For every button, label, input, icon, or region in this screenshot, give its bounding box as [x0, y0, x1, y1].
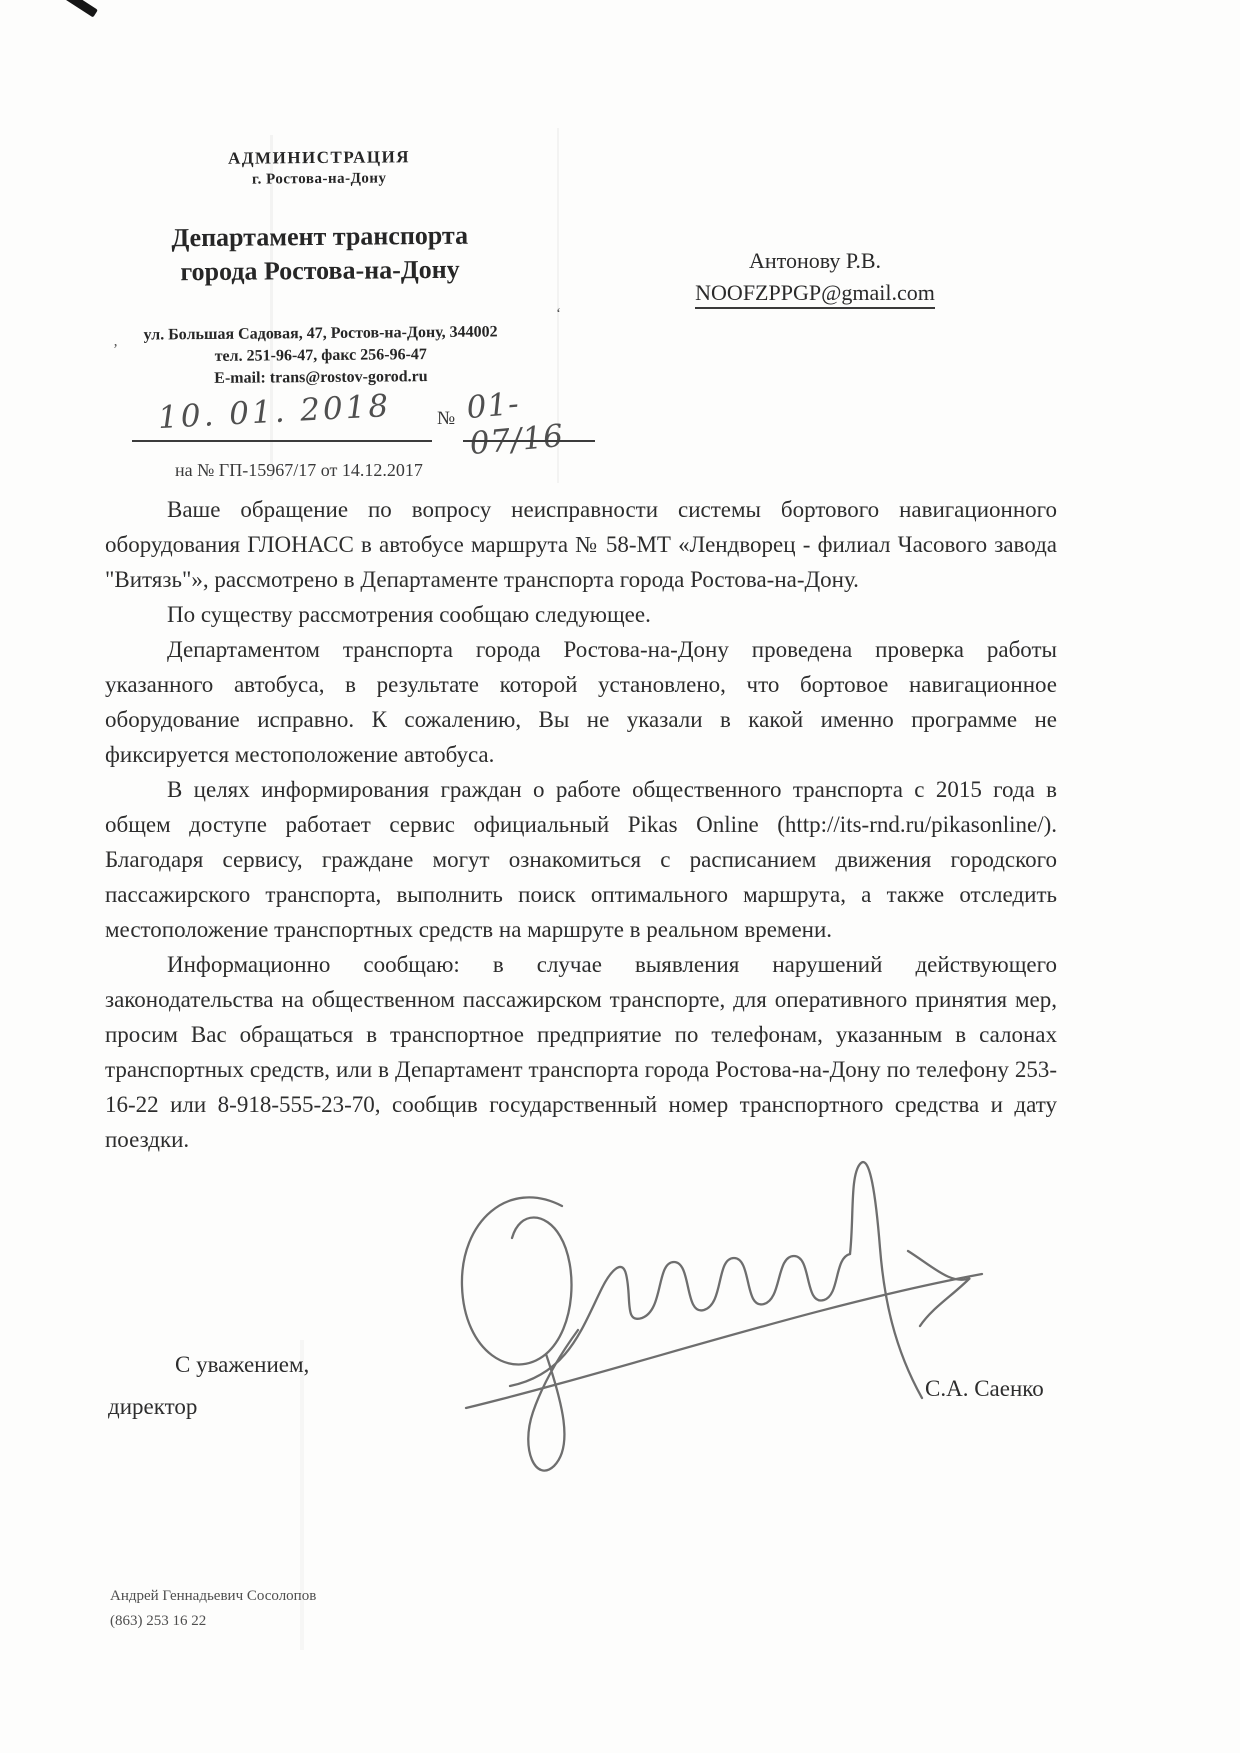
letter-body: Ваше обращение по вопросу неисправности …	[105, 492, 1057, 1157]
letterhead-address: ул. Большая Садовая, 47, Ростов-на-Дону,…	[111, 323, 531, 345]
scan-corner-artifact	[46, 0, 98, 18]
letterhead-email: E-mail: trans@rostov-gorod.ru	[111, 367, 531, 389]
date-underline	[132, 440, 432, 442]
letterhead-phone-fax: тел. 251-96-47, факс 256-96-47	[111, 345, 531, 367]
executor-block: Андрей Геннадьевич Сосолопов (863) 253 1…	[110, 1584, 316, 1634]
executor-phone: (863) 253 16 22	[110, 1609, 316, 1634]
body-paragraph: По существу рассмотрения сообщаю следующ…	[105, 597, 1057, 632]
scanned-letter-page: ʼ ʻ АДМИНИСТРАЦИЯ г. Ростова-на-Дону Деп…	[0, 0, 1240, 1753]
number-underline	[463, 440, 595, 442]
letterhead-department-line1: Департамент транспорта	[110, 218, 530, 256]
number-sign-label: №	[437, 408, 455, 430]
signoff-title: директор	[108, 1394, 197, 1420]
letterhead: АДМИНИСТРАЦИЯ г. Ростова-на-Дону Департа…	[109, 146, 531, 388]
scan-speck: ʻ	[556, 306, 561, 323]
signature-scribble-icon	[450, 1148, 990, 1478]
executor-name: Андрей Геннадьевич Сосолопов	[110, 1584, 316, 1609]
recipient-email: NOOFZPPGP@gmail.com	[695, 280, 935, 309]
handwritten-outgoing-number: 01-07/16	[465, 378, 613, 462]
letterhead-org-name: АДМИНИСТРАЦИЯ	[109, 146, 529, 170]
outgoing-reference-row: 10. 01. 2018 № 01-07/16	[130, 392, 610, 446]
recipient-name: Антонову Р.В.	[640, 248, 990, 274]
body-paragraph: Ваше обращение по вопросу неисправности …	[105, 492, 1057, 597]
body-paragraph: В целях информирования граждан о работе …	[105, 772, 1057, 947]
letterhead-department: Департамент транспорта города Ростова-на…	[110, 218, 531, 290]
letterhead-org-city: г. Ростова-на-Дону	[109, 169, 529, 190]
signoff-closing: С уважением,	[175, 1352, 309, 1378]
body-paragraph: Департаментом транспорта города Ростова-…	[105, 632, 1057, 772]
handwritten-date: 10. 01. 2018	[157, 388, 392, 436]
letterhead-department-line2: города Ростова-на-Дону	[110, 252, 530, 290]
body-paragraph: Информационно сообщаю: в случае выявлени…	[105, 947, 1057, 1157]
in-reply-to-line: на № ГП-15967/17 от 14.12.2017	[175, 460, 423, 481]
recipient-block: Антонову Р.В. NOOFZPPGP@gmail.com	[640, 248, 990, 309]
